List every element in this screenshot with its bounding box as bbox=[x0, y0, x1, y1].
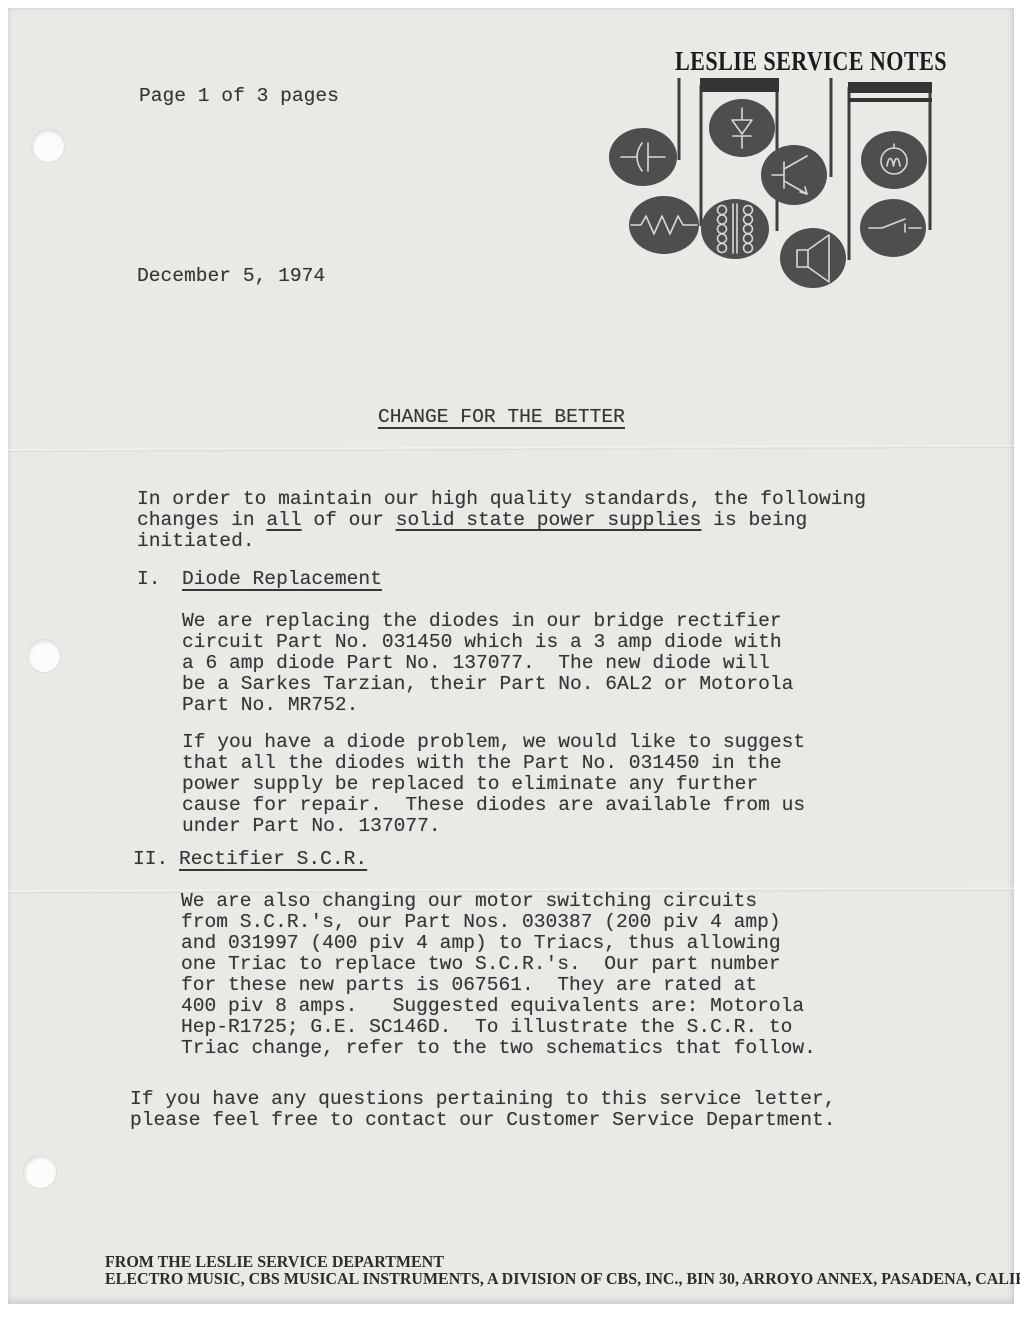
note-beam bbox=[848, 98, 932, 102]
section-1-paragraph-2: If you have a diode problem, we would li… bbox=[182, 732, 805, 837]
switch-icon bbox=[860, 199, 926, 257]
section-1-numeral: I. bbox=[137, 569, 161, 590]
intro-line-1: In order to maintain our high quality st… bbox=[137, 489, 866, 510]
capacitor-icon bbox=[609, 128, 677, 186]
intro-line-2: changes in all of our solid state power … bbox=[137, 510, 807, 531]
intro-underlined-supplies: solid state power supplies bbox=[396, 509, 702, 531]
footer-address-line: ELECTRO MUSIC, CBS MUSICAL INSTRUMENTS, … bbox=[105, 1271, 1020, 1287]
date-line: December 5, 1974 bbox=[137, 266, 325, 287]
intro-text: changes in bbox=[137, 509, 266, 531]
intro-underlined-all: all bbox=[266, 509, 301, 531]
scanned-page-background: { "page": { "label": "Page 1 of 3 pages"… bbox=[0, 0, 1020, 1320]
speaker-icon bbox=[780, 228, 846, 288]
note-beam bbox=[700, 78, 779, 92]
punch-hole bbox=[28, 640, 60, 672]
punch-hole bbox=[32, 130, 64, 162]
transistor-icon bbox=[761, 145, 827, 205]
lamp-icon bbox=[861, 131, 927, 189]
intro-line-3: initiated. bbox=[137, 531, 255, 552]
resistor-icon bbox=[629, 196, 699, 254]
closing-paragraph: If you have any questions pertaining to … bbox=[130, 1089, 836, 1131]
section-2-paragraph-1: We are also changing our motor switching… bbox=[181, 891, 816, 1059]
paper-crease bbox=[8, 445, 1014, 452]
section-1-paragraph-1: We are replacing the diodes in our bridg… bbox=[182, 611, 793, 716]
intro-text: is being bbox=[701, 509, 807, 531]
section-2-heading: Rectifier S.C.R. bbox=[179, 849, 367, 870]
page-number-label: Page 1 of 3 pages bbox=[139, 86, 339, 107]
diode-icon bbox=[709, 99, 775, 157]
logo-notes-graphic bbox=[600, 40, 1020, 295]
letter-title: CHANGE FOR THE BETTER bbox=[378, 407, 625, 428]
transformer-icon bbox=[701, 199, 769, 259]
section-2-numeral: II. bbox=[133, 849, 168, 870]
note-beam bbox=[848, 82, 932, 93]
intro-text: of our bbox=[302, 509, 396, 531]
footer-department-line: FROM THE LESLIE SERVICE DEPARTMENT bbox=[105, 1254, 444, 1270]
section-1-heading: Diode Replacement bbox=[182, 569, 382, 590]
letter-paper: Page 1 of 3 pages December 5, 1974 LESLI… bbox=[8, 8, 1014, 1304]
punch-hole bbox=[24, 1156, 56, 1188]
logo-music-notes bbox=[600, 40, 1020, 295]
